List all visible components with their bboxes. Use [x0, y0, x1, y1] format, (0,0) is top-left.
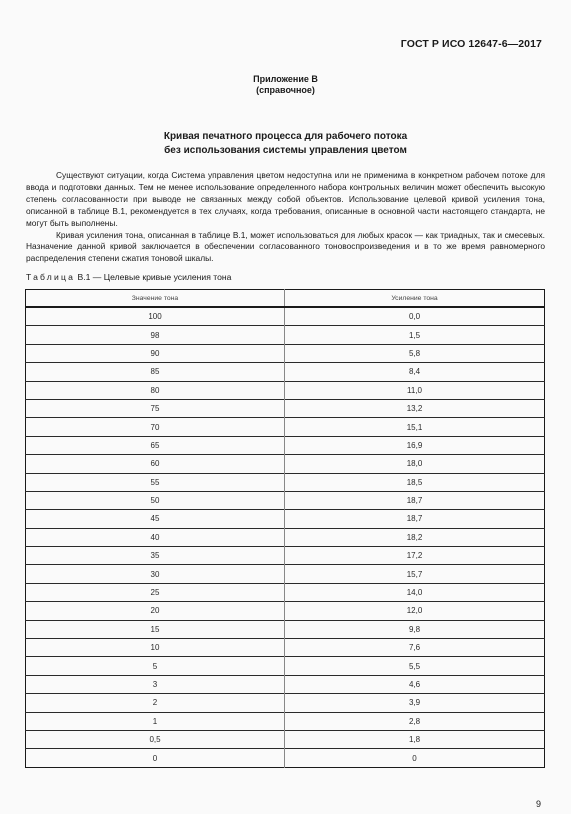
cell-tone-gain: 13,2 — [285, 399, 545, 417]
table-row: 159,8 — [26, 620, 545, 638]
page-number: 9 — [536, 799, 541, 809]
cell-tone-value: 98 — [26, 326, 285, 344]
tone-gain-table: Значение тона Усиление тона 1000,0981,59… — [25, 289, 545, 768]
cell-tone-gain: 12,0 — [285, 602, 545, 620]
appendix-heading: Приложение В (справочное) — [0, 74, 571, 96]
cell-tone-gain: 0,0 — [285, 307, 545, 326]
cell-tone-value: 35 — [26, 547, 285, 565]
appendix-subtitle: (справочное) — [0, 85, 571, 96]
cell-tone-gain: 18,0 — [285, 455, 545, 473]
cell-tone-value: 70 — [26, 418, 285, 436]
table-row: 8011,0 — [26, 381, 545, 399]
cell-tone-gain: 8,4 — [285, 363, 545, 381]
cell-tone-value: 5 — [26, 657, 285, 675]
table-row: 2514,0 — [26, 583, 545, 601]
table-row: 5518,5 — [26, 473, 545, 491]
cell-tone-gain: 1,8 — [285, 730, 545, 748]
table-row: 2012,0 — [26, 602, 545, 620]
cell-tone-value: 0 — [26, 749, 285, 767]
cell-tone-gain: 17,2 — [285, 547, 545, 565]
table-row: 981,5 — [26, 326, 545, 344]
cell-tone-value: 100 — [26, 307, 285, 326]
table-row: 0,51,8 — [26, 730, 545, 748]
cell-tone-value: 65 — [26, 436, 285, 454]
cell-tone-gain: 4,6 — [285, 675, 545, 693]
cell-tone-gain: 11,0 — [285, 381, 545, 399]
cell-tone-value: 85 — [26, 363, 285, 381]
table-row: 6516,9 — [26, 436, 545, 454]
cell-tone-gain: 18,2 — [285, 528, 545, 546]
cell-tone-gain: 5,5 — [285, 657, 545, 675]
cell-tone-gain: 9,8 — [285, 620, 545, 638]
cell-tone-gain: 14,0 — [285, 583, 545, 601]
table-row: 1000,0 — [26, 307, 545, 326]
table-row: 55,5 — [26, 657, 545, 675]
table-row: 34,6 — [26, 675, 545, 693]
table-row: 7015,1 — [26, 418, 545, 436]
table-caption-text: В.1 — Целевые кривые усиления тона — [78, 272, 232, 282]
table-row: 23,9 — [26, 694, 545, 712]
body-text: Существуют ситуации, когда Система управ… — [26, 170, 545, 265]
cell-tone-gain: 15,1 — [285, 418, 545, 436]
cell-tone-value: 20 — [26, 602, 285, 620]
table-row: 6018,0 — [26, 455, 545, 473]
cell-tone-value: 25 — [26, 583, 285, 601]
table-caption-label: Таблица — [26, 272, 75, 282]
cell-tone-value: 60 — [26, 455, 285, 473]
table-row: 5018,7 — [26, 491, 545, 509]
paragraph: Кривая усиления тона, описанная в таблиц… — [26, 230, 545, 266]
table-row: 12,8 — [26, 712, 545, 730]
column-header-tone-gain: Усиление тона — [285, 290, 545, 308]
section-title-line-1: Кривая печатного процесса для рабочего п… — [0, 130, 571, 144]
cell-tone-value: 0,5 — [26, 730, 285, 748]
cell-tone-gain: 2,8 — [285, 712, 545, 730]
cell-tone-value: 3 — [26, 675, 285, 693]
table-row: 905,8 — [26, 344, 545, 362]
cell-tone-value: 15 — [26, 620, 285, 638]
cell-tone-value: 55 — [26, 473, 285, 491]
paragraph: Существуют ситуации, когда Система управ… — [26, 170, 545, 230]
table-row: 3015,7 — [26, 565, 545, 583]
table-row: 4518,7 — [26, 510, 545, 528]
cell-tone-value: 30 — [26, 565, 285, 583]
cell-tone-gain: 7,6 — [285, 639, 545, 657]
section-title: Кривая печатного процесса для рабочего п… — [0, 130, 571, 157]
cell-tone-gain: 18,7 — [285, 510, 545, 528]
section-title-line-2: без использования системы управления цве… — [0, 144, 571, 158]
table-row: 107,6 — [26, 639, 545, 657]
cell-tone-value: 90 — [26, 344, 285, 362]
column-header-tone-value: Значение тона — [26, 290, 285, 308]
cell-tone-gain: 5,8 — [285, 344, 545, 362]
table-row: 858,4 — [26, 363, 545, 381]
cell-tone-value: 75 — [26, 399, 285, 417]
cell-tone-value: 45 — [26, 510, 285, 528]
cell-tone-gain: 15,7 — [285, 565, 545, 583]
table-header-row: Значение тона Усиление тона — [26, 290, 545, 308]
cell-tone-value: 2 — [26, 694, 285, 712]
cell-tone-gain: 18,5 — [285, 473, 545, 491]
appendix-title: Приложение В — [0, 74, 571, 85]
table-row: 4018,2 — [26, 528, 545, 546]
cell-tone-gain: 18,7 — [285, 491, 545, 509]
cell-tone-gain: 1,5 — [285, 326, 545, 344]
document-code: ГОСТ Р ИСО 12647-6—2017 — [401, 38, 542, 50]
table-row: 3517,2 — [26, 547, 545, 565]
cell-tone-value: 50 — [26, 491, 285, 509]
table-caption: Таблица В.1 — Целевые кривые усиления то… — [26, 272, 231, 282]
cell-tone-value: 80 — [26, 381, 285, 399]
table-body: 1000,0981,5905,8858,48011,07513,27015,16… — [26, 307, 545, 767]
cell-tone-gain: 3,9 — [285, 694, 545, 712]
cell-tone-gain: 0 — [285, 749, 545, 767]
cell-tone-value: 1 — [26, 712, 285, 730]
table-row: 7513,2 — [26, 399, 545, 417]
cell-tone-gain: 16,9 — [285, 436, 545, 454]
cell-tone-value: 40 — [26, 528, 285, 546]
table-row: 00 — [26, 749, 545, 767]
cell-tone-value: 10 — [26, 639, 285, 657]
